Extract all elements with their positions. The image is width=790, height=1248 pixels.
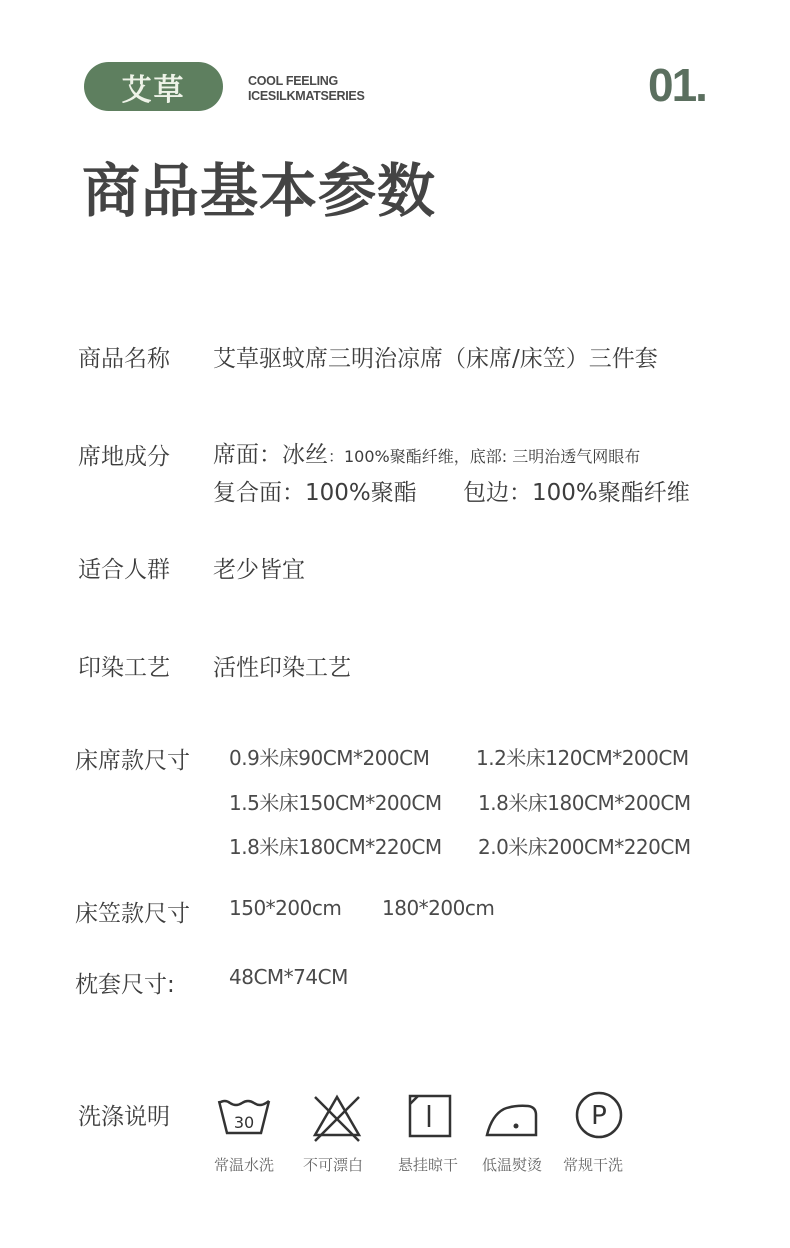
hang-dry-icon	[402, 1093, 458, 1143]
label-care: 洗涤说明	[78, 1098, 170, 1131]
no-bleach-icon	[309, 1093, 365, 1143]
care-label-no-bleach: 不可漂白	[303, 1154, 363, 1175]
wash-30-icon: 30	[216, 1093, 272, 1143]
care-label-wash: 常温水洗	[214, 1154, 274, 1175]
value-product-name: 艾草驱蚊席三明治凉席（床席/床笠）三件套	[213, 340, 658, 373]
svg-text:30: 30	[234, 1113, 254, 1132]
mat-size-item: 1.8米床180CM*220CM	[229, 831, 442, 860]
care-label-low-iron: 低温熨烫	[482, 1154, 542, 1175]
mat-size-item: 2.0米床200CM*220CM	[478, 831, 691, 860]
mat-size-item: 1.2米床120CM*200CM	[476, 742, 689, 771]
brand-badge-label: 艾草	[122, 65, 186, 109]
label-mat-sizes: 床席款尺寸	[75, 742, 190, 775]
series-tagline: COOL FEELING ICESILKMATSERIES	[248, 74, 365, 104]
fitted-size-item: 150*200cm	[229, 896, 341, 920]
svg-text:P: P	[591, 1101, 607, 1131]
care-label-hang-dry: 悬挂晾干	[398, 1154, 458, 1175]
low-iron-icon	[484, 1093, 540, 1143]
value-material-composite: 复合面：100%聚酯	[213, 474, 417, 507]
value-audience: 老少皆宜	[213, 551, 305, 584]
material-surface: 席面：冰丝	[213, 442, 328, 468]
material-surface-detail: ：100%聚酯纤维，底部: 三明治透气网眼布	[328, 447, 640, 466]
care-label-dry-clean: 常规干洗	[563, 1154, 623, 1175]
label-audience: 适合人群	[78, 551, 170, 584]
section-number: 01.	[648, 58, 706, 112]
label-product-name: 商品名称	[78, 340, 170, 373]
tagline-line-1: COOL FEELING	[248, 74, 365, 89]
brand-badge: 艾草	[84, 62, 223, 111]
mat-size-item: 0.9米床90CM*200CM	[229, 742, 429, 771]
label-pillow-size: 枕套尺寸:	[75, 966, 175, 999]
label-printing: 印染工艺	[78, 649, 170, 682]
mat-size-item: 1.5米床150CM*200CM	[229, 787, 442, 816]
label-fitted-sizes: 床笠款尺寸	[75, 895, 190, 928]
value-material-edging: 包边：100%聚酯纤维	[463, 474, 690, 507]
tagline-line-2: ICESILKMATSERIES	[248, 89, 365, 104]
label-material: 席地成分	[78, 438, 170, 471]
dry-clean-p-icon: P	[571, 1091, 627, 1141]
value-material-line-1: 席面：冰丝：100%聚酯纤维，底部: 三明治透气网眼布	[213, 436, 640, 469]
mat-size-item: 1.8米床180CM*200CM	[478, 787, 691, 816]
value-printing: 活性印染工艺	[213, 649, 351, 682]
page-title: 商品基本参数	[82, 144, 436, 228]
fitted-size-item: 180*200cm	[382, 896, 494, 920]
value-pillow-size: 48CM*74CM	[229, 965, 348, 989]
